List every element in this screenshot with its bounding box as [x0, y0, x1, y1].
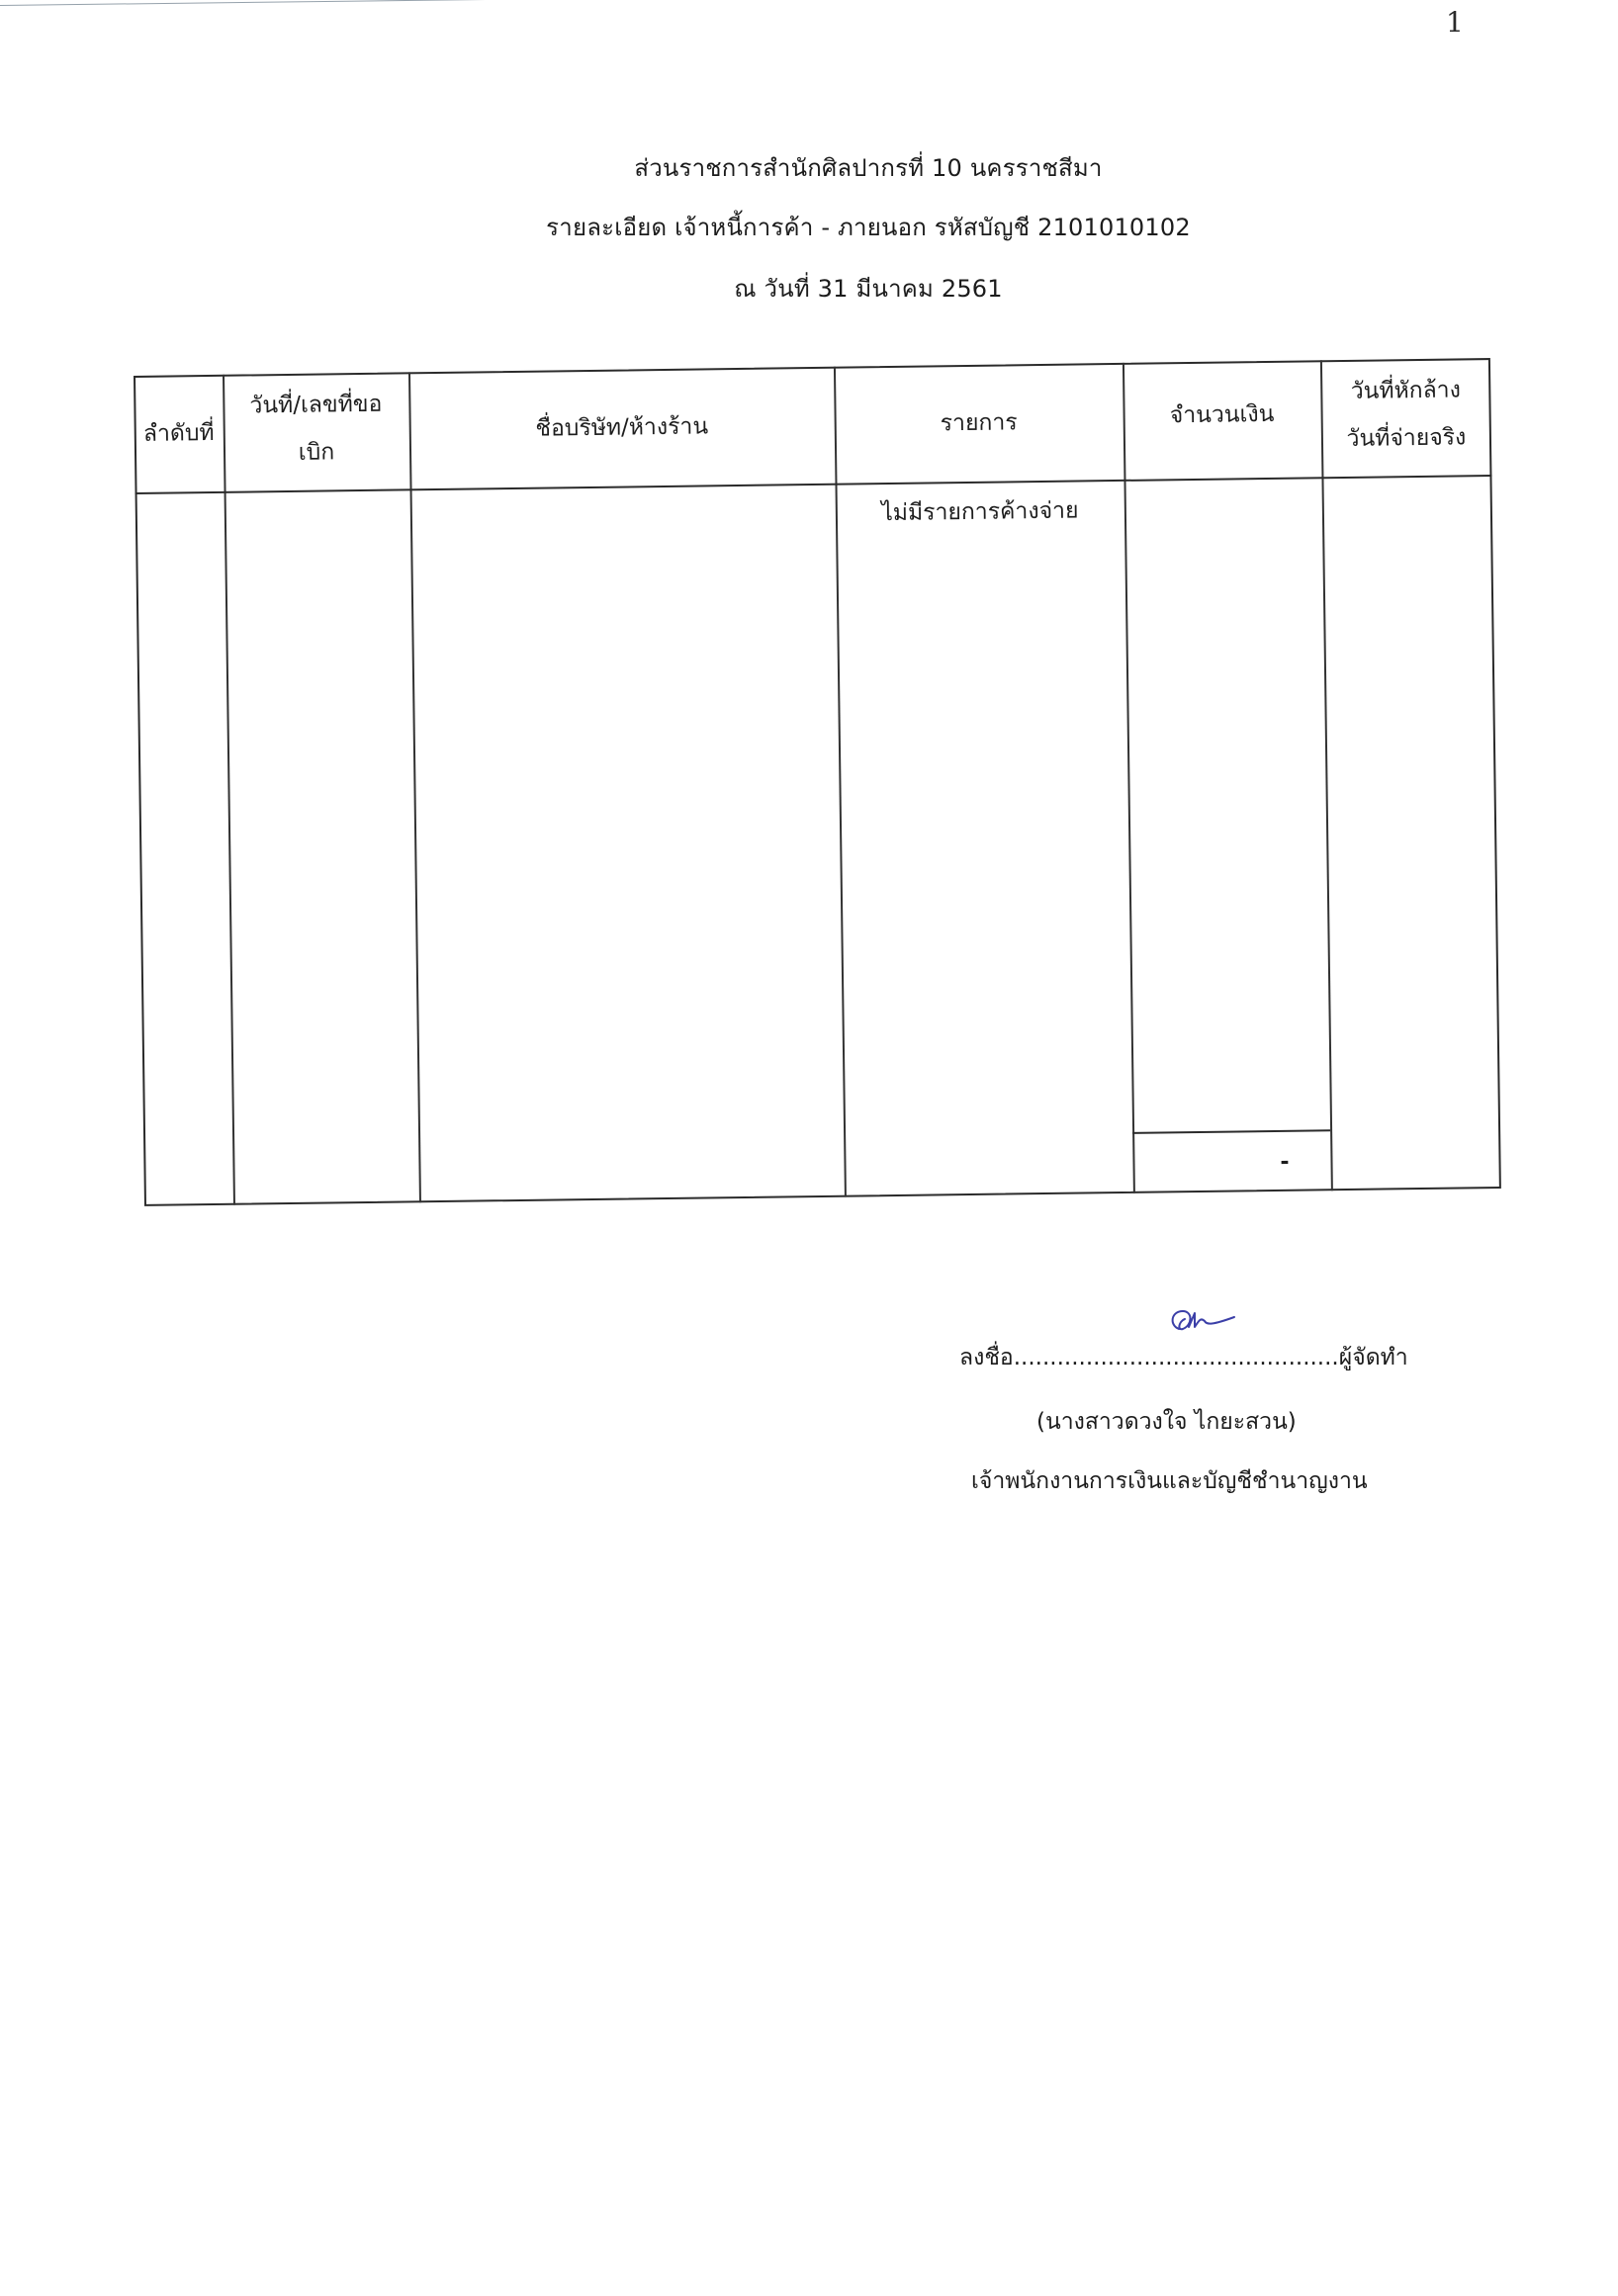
document-title-agency: ส่วนราชการสำนักศิลปากรที่ 10 นครราชสีมา	[59, 148, 1618, 187]
document-title-date: ณ วันที่ 31 มีนาคม 2561	[59, 269, 1618, 308]
header-item-label: รายการ	[941, 409, 1018, 436]
header-date-request: วันที่/เลขที่ขอ เบิก	[223, 380, 409, 477]
header-no-label: ลำดับที่	[143, 420, 215, 447]
header-amount: จำนวนเงิน	[1123, 390, 1321, 440]
payables-table: ลำดับที่ วันที่/เลขที่ขอ เบิก ชื่อบริษัท…	[134, 358, 1501, 1206]
header-company: ชื่อบริษัท/ห้างร้าน	[408, 401, 835, 455]
table-row-item: ไม่มีรายการค้างจ่าย	[836, 486, 1125, 538]
header-clear-date-line1: วันที่หักล้าง	[1320, 366, 1491, 415]
total-amount: -	[1132, 1133, 1331, 1193]
header-date-request-line2: เบิก	[224, 427, 410, 477]
header-pay-date-line2: วันที่จ่ายจริง	[1321, 413, 1492, 463]
header-company-label: ชื่อบริษัท/ห้างร้าน	[535, 413, 708, 441]
page-number: 1	[1446, 6, 1464, 39]
document-title-account: รายละเอียด เจ้าหนี้การค้า - ภายนอก รหัสบ…	[59, 208, 1618, 246]
header-amount-label: จำนวนเงิน	[1170, 401, 1275, 428]
header-no: ลำดับที่	[134, 409, 224, 458]
header-clear-pay-date: วันที่หักล้าง วันที่จ่ายจริง	[1320, 366, 1491, 463]
signer-position: เจ้าพนักงานการเงินและบัญชีชำนาญงาน	[971, 1463, 1368, 1499]
scan-edge-line	[0, 0, 633, 6]
signature-line: ลงชื่อ..................................…	[959, 1340, 1408, 1375]
signature-scribble-icon	[1165, 1303, 1244, 1343]
header-date-request-line1: วันที่/เลขที่ขอ	[223, 380, 409, 429]
signer-name: (นางสาวดวงใจ ไกยะสวน)	[1036, 1404, 1297, 1440]
header-item: รายการ	[834, 397, 1124, 449]
